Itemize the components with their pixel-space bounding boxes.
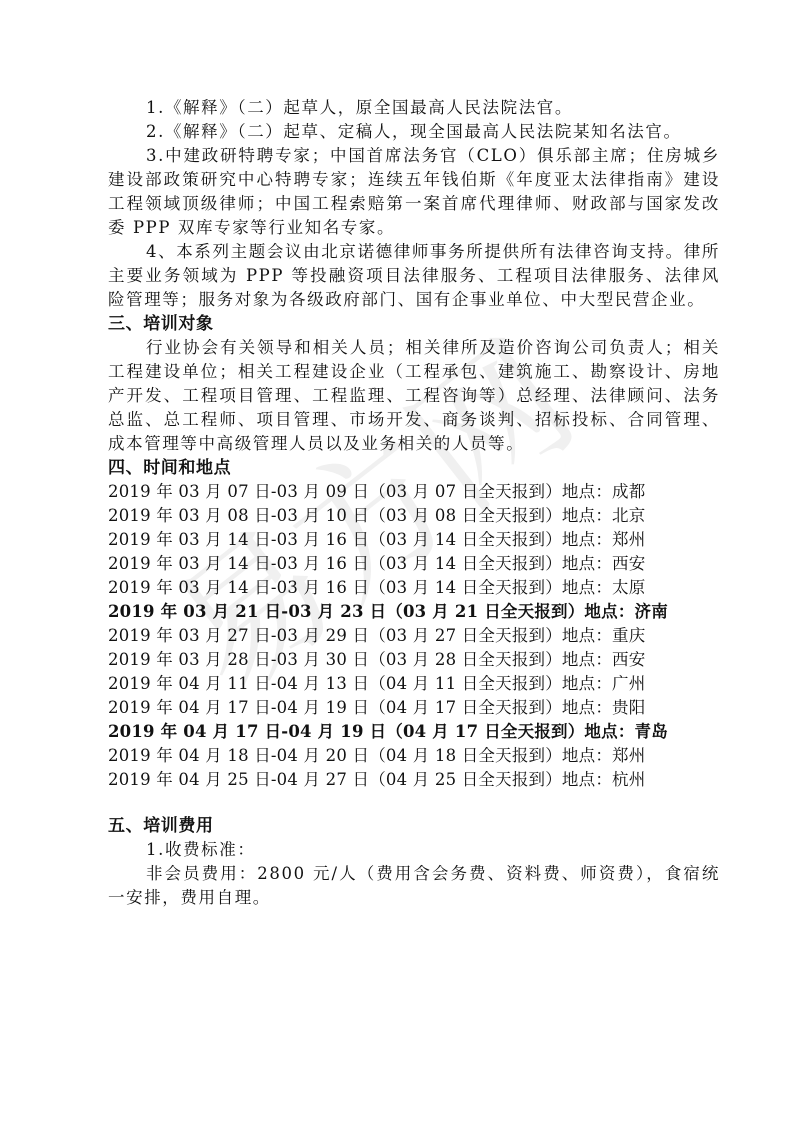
section-heading-training-audience: 三、培训对象 xyxy=(108,312,720,336)
document-page: 1.《解释》（二）起草人，原全国最高人民法院法官。 2.《解释》（二）起草、定稿… xyxy=(108,96,720,910)
schedule-row: 2019 年 03 月 08 日-03 月 10 日（03 月 08 日全天报到… xyxy=(108,504,720,528)
schedule-row: 2019 年 03 月 07 日-03 月 09 日（03 月 07 日全天报到… xyxy=(108,480,720,504)
section-heading-training-fees: 五、培训费用 xyxy=(108,814,720,838)
intro-item-2: 2.《解释》（二）起草、定稿人，现全国最高人民法院某知名法官。 xyxy=(108,120,720,144)
schedule-list: 2019 年 03 月 07 日-03 月 09 日（03 月 07 日全天报到… xyxy=(108,480,720,792)
schedule-row-highlighted: 2019 年 04 月 17 日-04 月 19 日（04 月 17 日全天报到… xyxy=(108,720,720,744)
section-heading-time-location: 四、时间和地点 xyxy=(108,456,720,480)
spacer xyxy=(108,792,720,814)
schedule-row: 2019 年 04 月 11 日-04 月 13 日（04 月 11 日全天报到… xyxy=(108,672,720,696)
schedule-row: 2019 年 03 月 28 日-03 月 30 日（03 月 28 日全天报到… xyxy=(108,648,720,672)
schedule-row: 2019 年 04 月 25 日-04 月 27 日（04 月 25 日全天报到… xyxy=(108,768,720,792)
intro-item-3: 3.中建政研特聘专家；中国首席法务官（CLO）俱乐部主席；住房城乡建设部政策研究… xyxy=(108,144,720,240)
schedule-row: 2019 年 03 月 14 日-03 月 16 日（03 月 14 日全天报到… xyxy=(108,552,720,576)
schedule-row-highlighted: 2019 年 03 月 21 日-03 月 23 日（03 月 21 日全天报到… xyxy=(108,600,720,624)
fee-standard-text: 非会员费用：2800 元/人（费用含会务费、资料费、师资费），食宿统一安排，费用… xyxy=(108,862,720,910)
schedule-row: 2019 年 03 月 14 日-03 月 16 日（03 月 14 日全天报到… xyxy=(108,576,720,600)
schedule-row: 2019 年 04 月 17 日-04 月 19 日（04 月 17 日全天报到… xyxy=(108,696,720,720)
schedule-row: 2019 年 03 月 14 日-03 月 16 日（03 月 14 日全天报到… xyxy=(108,528,720,552)
fee-standard-label: 1.收费标准： xyxy=(108,838,720,862)
intro-item-4: 4、本系列主题会议由北京诺德律师事务所提供所有法律咨询支持。律所主要业务领域为 … xyxy=(108,240,720,312)
intro-item-1: 1.《解释》（二）起草人，原全国最高人民法院法官。 xyxy=(108,96,720,120)
schedule-row: 2019 年 03 月 27 日-03 月 29 日（03 月 27 日全天报到… xyxy=(108,624,720,648)
schedule-row: 2019 年 04 月 18 日-04 月 20 日（04 月 18 日全天报到… xyxy=(108,744,720,768)
training-audience-text: 行业协会有关领导和相关人员；相关律所及造价咨询公司负责人；相关工程建设单位；相关… xyxy=(108,336,720,456)
